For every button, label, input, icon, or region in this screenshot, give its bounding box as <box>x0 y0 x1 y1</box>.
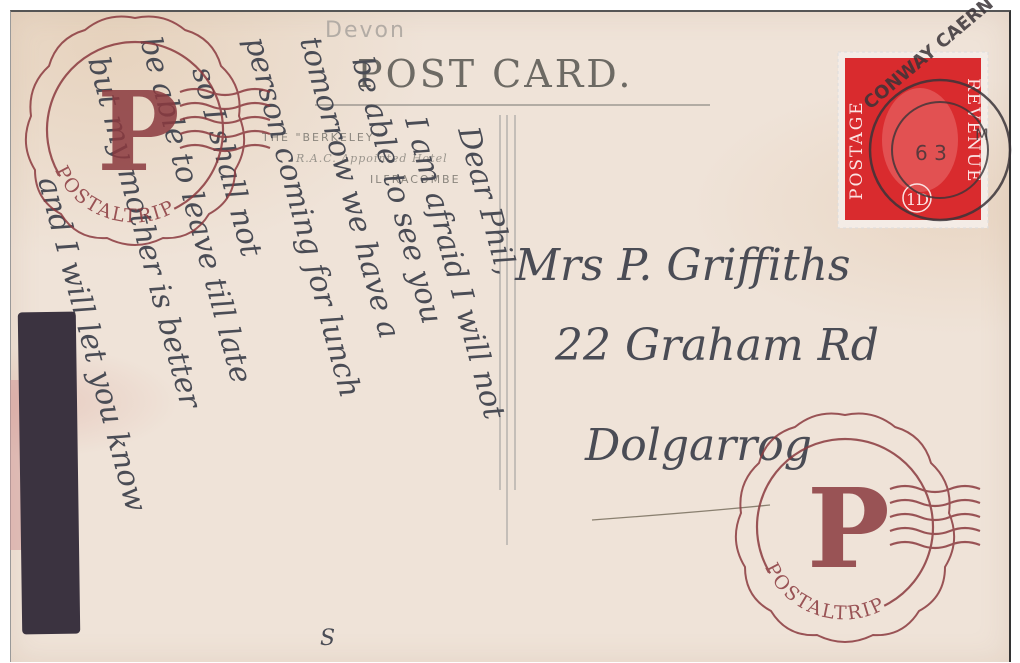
svg-text:M: M <box>975 125 989 144</box>
svg-text:S: S <box>320 626 335 651</box>
svg-text:22 Graham Rd: 22 Graham Rd <box>554 320 879 371</box>
postcard-drawing: Dear Phil, I am afraid I will not be abl… <box>0 0 1020 663</box>
svg-text:P: P <box>97 67 180 196</box>
address-handwriting: Mrs P. Griffiths 22 Graham Rd Dolgarrog <box>514 240 879 471</box>
redaction-mark <box>18 312 80 635</box>
postage-stamp: POSTAGE REVENUE 1D CONWAY CAERN 6 3 M <box>838 0 1010 228</box>
svg-text:P: P <box>807 464 890 593</box>
svg-text:Dolgarrog: Dolgarrog <box>584 420 812 471</box>
svg-text:Mrs P. Griffiths: Mrs P. Griffiths <box>514 240 850 291</box>
svg-text:6 3: 6 3 <box>915 141 947 165</box>
svg-text:POSTAGE: POSTAGE <box>847 100 867 200</box>
